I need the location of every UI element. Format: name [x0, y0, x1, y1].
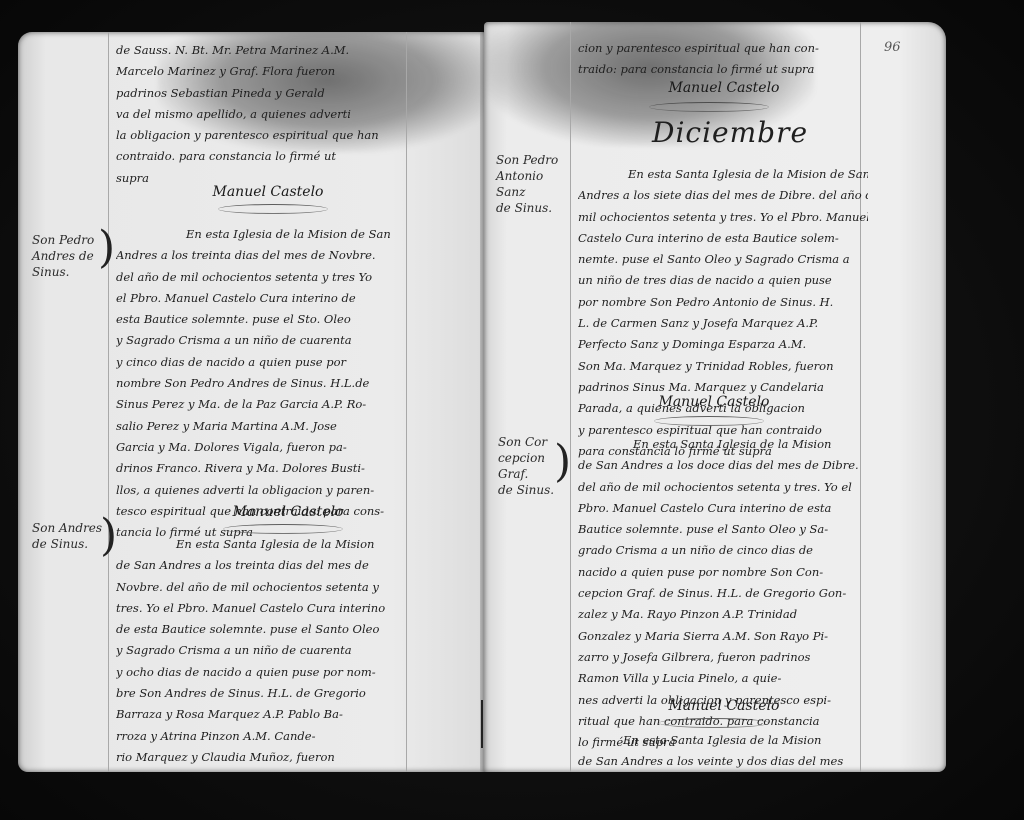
priest-signature: Manuel Castelo	[198, 184, 338, 200]
text-line: de San Andres a los doce dias del mes de…	[578, 455, 868, 476]
text-line: Bautice solemnte. puse el Santo Oleo y S…	[578, 519, 868, 540]
margin-note-entry-1: Son Pedro Antonio Sanz de Sinus.	[496, 152, 576, 216]
text-line: padrinos Anastasio Barraza y Maria	[116, 768, 404, 772]
text-line: cion y parentesco espiritual que han con…	[578, 38, 868, 59]
signature-flourish	[218, 204, 328, 214]
right-page: 96 cion y parentesco espiritual que han …	[484, 22, 946, 772]
text-line: de esta Bautice solemnte. puse el Santo …	[116, 619, 404, 640]
text-line: nombre Son Pedro Andres de Sinus. H.L.de	[116, 373, 404, 394]
text-line: Pbro. Manuel Castelo Cura interino de es…	[578, 498, 868, 519]
entry-continuation-text: de Sauss. N. Bt. Mr. Petra Marinez A.M. …	[116, 40, 404, 189]
priest-signature: Manuel Castelo	[644, 394, 784, 410]
margin-rule-right	[406, 32, 407, 772]
text-line: padrinos Sebastian Pineda y Gerald	[116, 83, 404, 104]
text-line: zalez y Ma. Rayo Pinzon A.P. Trinidad	[578, 604, 868, 625]
folio-number: 96	[884, 40, 901, 55]
text-line: va del mismo apellido, a quienes adverti	[116, 104, 404, 125]
text-line: grado Crisma a un niño de cinco dias de	[578, 540, 868, 561]
margin-note-line: Antonio Sanz	[496, 168, 576, 200]
text-line: Gonzalez y Maria Sierra A.M. Son Rayo Pi…	[578, 626, 868, 647]
entry-3-text: En esta Santa Iglesia de la Mision de Sa…	[578, 730, 868, 772]
text-line: Andres a los treinta dias del mes de Nov…	[116, 245, 404, 266]
text-line: tres. Yo el Pbro. Manuel Castelo Cura in…	[116, 598, 404, 619]
brace-mark: )	[100, 514, 117, 558]
text-line: rio Marquez y Claudia Muñoz, fueron	[116, 747, 404, 768]
signature-flourish	[659, 718, 769, 728]
signature-flourish	[223, 524, 343, 534]
text-line: bre Son Andres de Sinus. H.L. de Gregori…	[116, 683, 404, 704]
text-line: Castelo Cura interino de esta Bautice so…	[578, 228, 868, 249]
priest-signature: Manuel Castelo	[218, 504, 358, 520]
text-line: y Sagrado Crisma a un niño de cuarenta	[116, 330, 404, 351]
register-book-spread: de Sauss. N. Bt. Mr. Petra Marinez A.M. …	[14, 22, 949, 778]
signature-flourish	[654, 416, 764, 426]
text-line: salio Perez y Maria Martina A.M. Jose	[116, 416, 404, 437]
text-line: traido: para constancia lo firmé ut supr…	[578, 59, 868, 80]
text-line: En esta Santa Iglesia de la Mision	[578, 730, 868, 751]
text-line: Perfecto Sanz y Dominga Esparza A.M.	[578, 334, 868, 355]
text-line: En esta Santa Iglesia de la Mision	[578, 434, 868, 455]
text-line: un niño de tres dias de nacido a quien p…	[578, 270, 868, 291]
margin-rule	[570, 22, 571, 772]
text-line: llos, a quienes adverti la obligacion y …	[116, 480, 404, 501]
entry-1-text: En esta Iglesia de la Mision de San Andr…	[116, 224, 404, 543]
text-line: del año de mil ochocientos setenta y tre…	[578, 477, 868, 498]
text-line: L. de Carmen Sanz y Josefa Marquez A.P.	[578, 313, 868, 334]
text-line: nemte. puse el Santo Oleo y Sagrado Cris…	[578, 249, 868, 270]
text-line: Son Ma. Marquez y Trinidad Robles, fuero…	[578, 356, 868, 377]
entry-continuation-text: cion y parentesco espiritual que han con…	[578, 38, 868, 81]
text-line: rroza y Atrina Pinzon A.M. Cande-	[116, 726, 404, 747]
text-line: En esta Iglesia de la Mision de San	[116, 224, 404, 245]
text-line: la obligacion y parentesco espiritual qu…	[116, 125, 404, 146]
binding-thread	[481, 700, 483, 748]
text-line: contraido. para constancia lo firmé ut	[116, 146, 404, 167]
text-line: de Sauss. N. Bt. Mr. Petra Marinez A.M.	[116, 40, 404, 61]
text-line: zarro y Josefa Gilbrera, fueron padrinos	[578, 647, 868, 668]
brace-mark: )	[98, 226, 115, 270]
margin-note-line: de Sinus.	[496, 200, 576, 216]
text-line: esta Bautice solemnte. puse el Sto. Oleo	[116, 309, 404, 330]
text-line: mil ochocientos setenta y tres. Yo el Pb…	[578, 207, 868, 228]
entry-2-text: En esta Santa Iglesia de la Mision de Sa…	[116, 534, 404, 772]
text-line: drinos Franco. Rivera y Ma. Dolores Bust…	[116, 458, 404, 479]
margin-note-line: Son Pedro	[496, 152, 576, 168]
text-line: Ramon Villa y Lucia Pinelo, a quie-	[578, 668, 868, 689]
text-line: En esta Santa Iglesia de la Mision	[116, 534, 404, 555]
text-line: nacido a quien puse por nombre Son Con-	[578, 562, 868, 583]
text-line: de San Andres a los veinte y dos dias de…	[578, 751, 868, 772]
text-line: En esta Santa Iglesia de la Mision de Sa…	[578, 164, 868, 185]
month-heading: Diciembre	[652, 116, 808, 149]
text-line: de San Andres a los treinta dias del mes…	[116, 555, 404, 576]
text-line: el Pbro. Manuel Castelo Cura interino de	[116, 288, 404, 309]
text-line: y cinco dias de nacido a quien puse por	[116, 352, 404, 373]
text-line: Andres a los siete dias del mes de Dibre…	[578, 185, 868, 206]
text-line: y Sagrado Crisma a un niño de cuarenta	[116, 640, 404, 661]
text-line: por nombre Son Pedro Antonio de Sinus. H…	[578, 292, 868, 313]
brace-mark: )	[554, 440, 571, 484]
signature-flourish	[649, 102, 769, 112]
text-line: Garcia y Ma. Dolores Vigala, fueron pa-	[116, 437, 404, 458]
margin-rule	[108, 32, 109, 772]
priest-signature: Manuel Castelo	[654, 698, 794, 714]
text-line: Novbre. del año de mil ochocientos seten…	[116, 577, 404, 598]
left-page: de Sauss. N. Bt. Mr. Petra Marinez A.M. …	[18, 32, 486, 772]
text-line: cepcion Graf. de Sinus. H.L. de Gregorio…	[578, 583, 868, 604]
text-line: del año de mil ochocientos setenta y tre…	[116, 267, 404, 288]
text-line: Marcelo Marinez y Graf. Flora fueron	[116, 61, 404, 82]
text-line: Sinus Perez y Ma. de la Paz Garcia A.P. …	[116, 394, 404, 415]
text-line: Barraza y Rosa Marquez A.P. Pablo Ba-	[116, 704, 404, 725]
text-line: y ocho dias de nacido a quien puse por n…	[116, 662, 404, 683]
priest-signature: Manuel Castelo	[654, 80, 794, 96]
